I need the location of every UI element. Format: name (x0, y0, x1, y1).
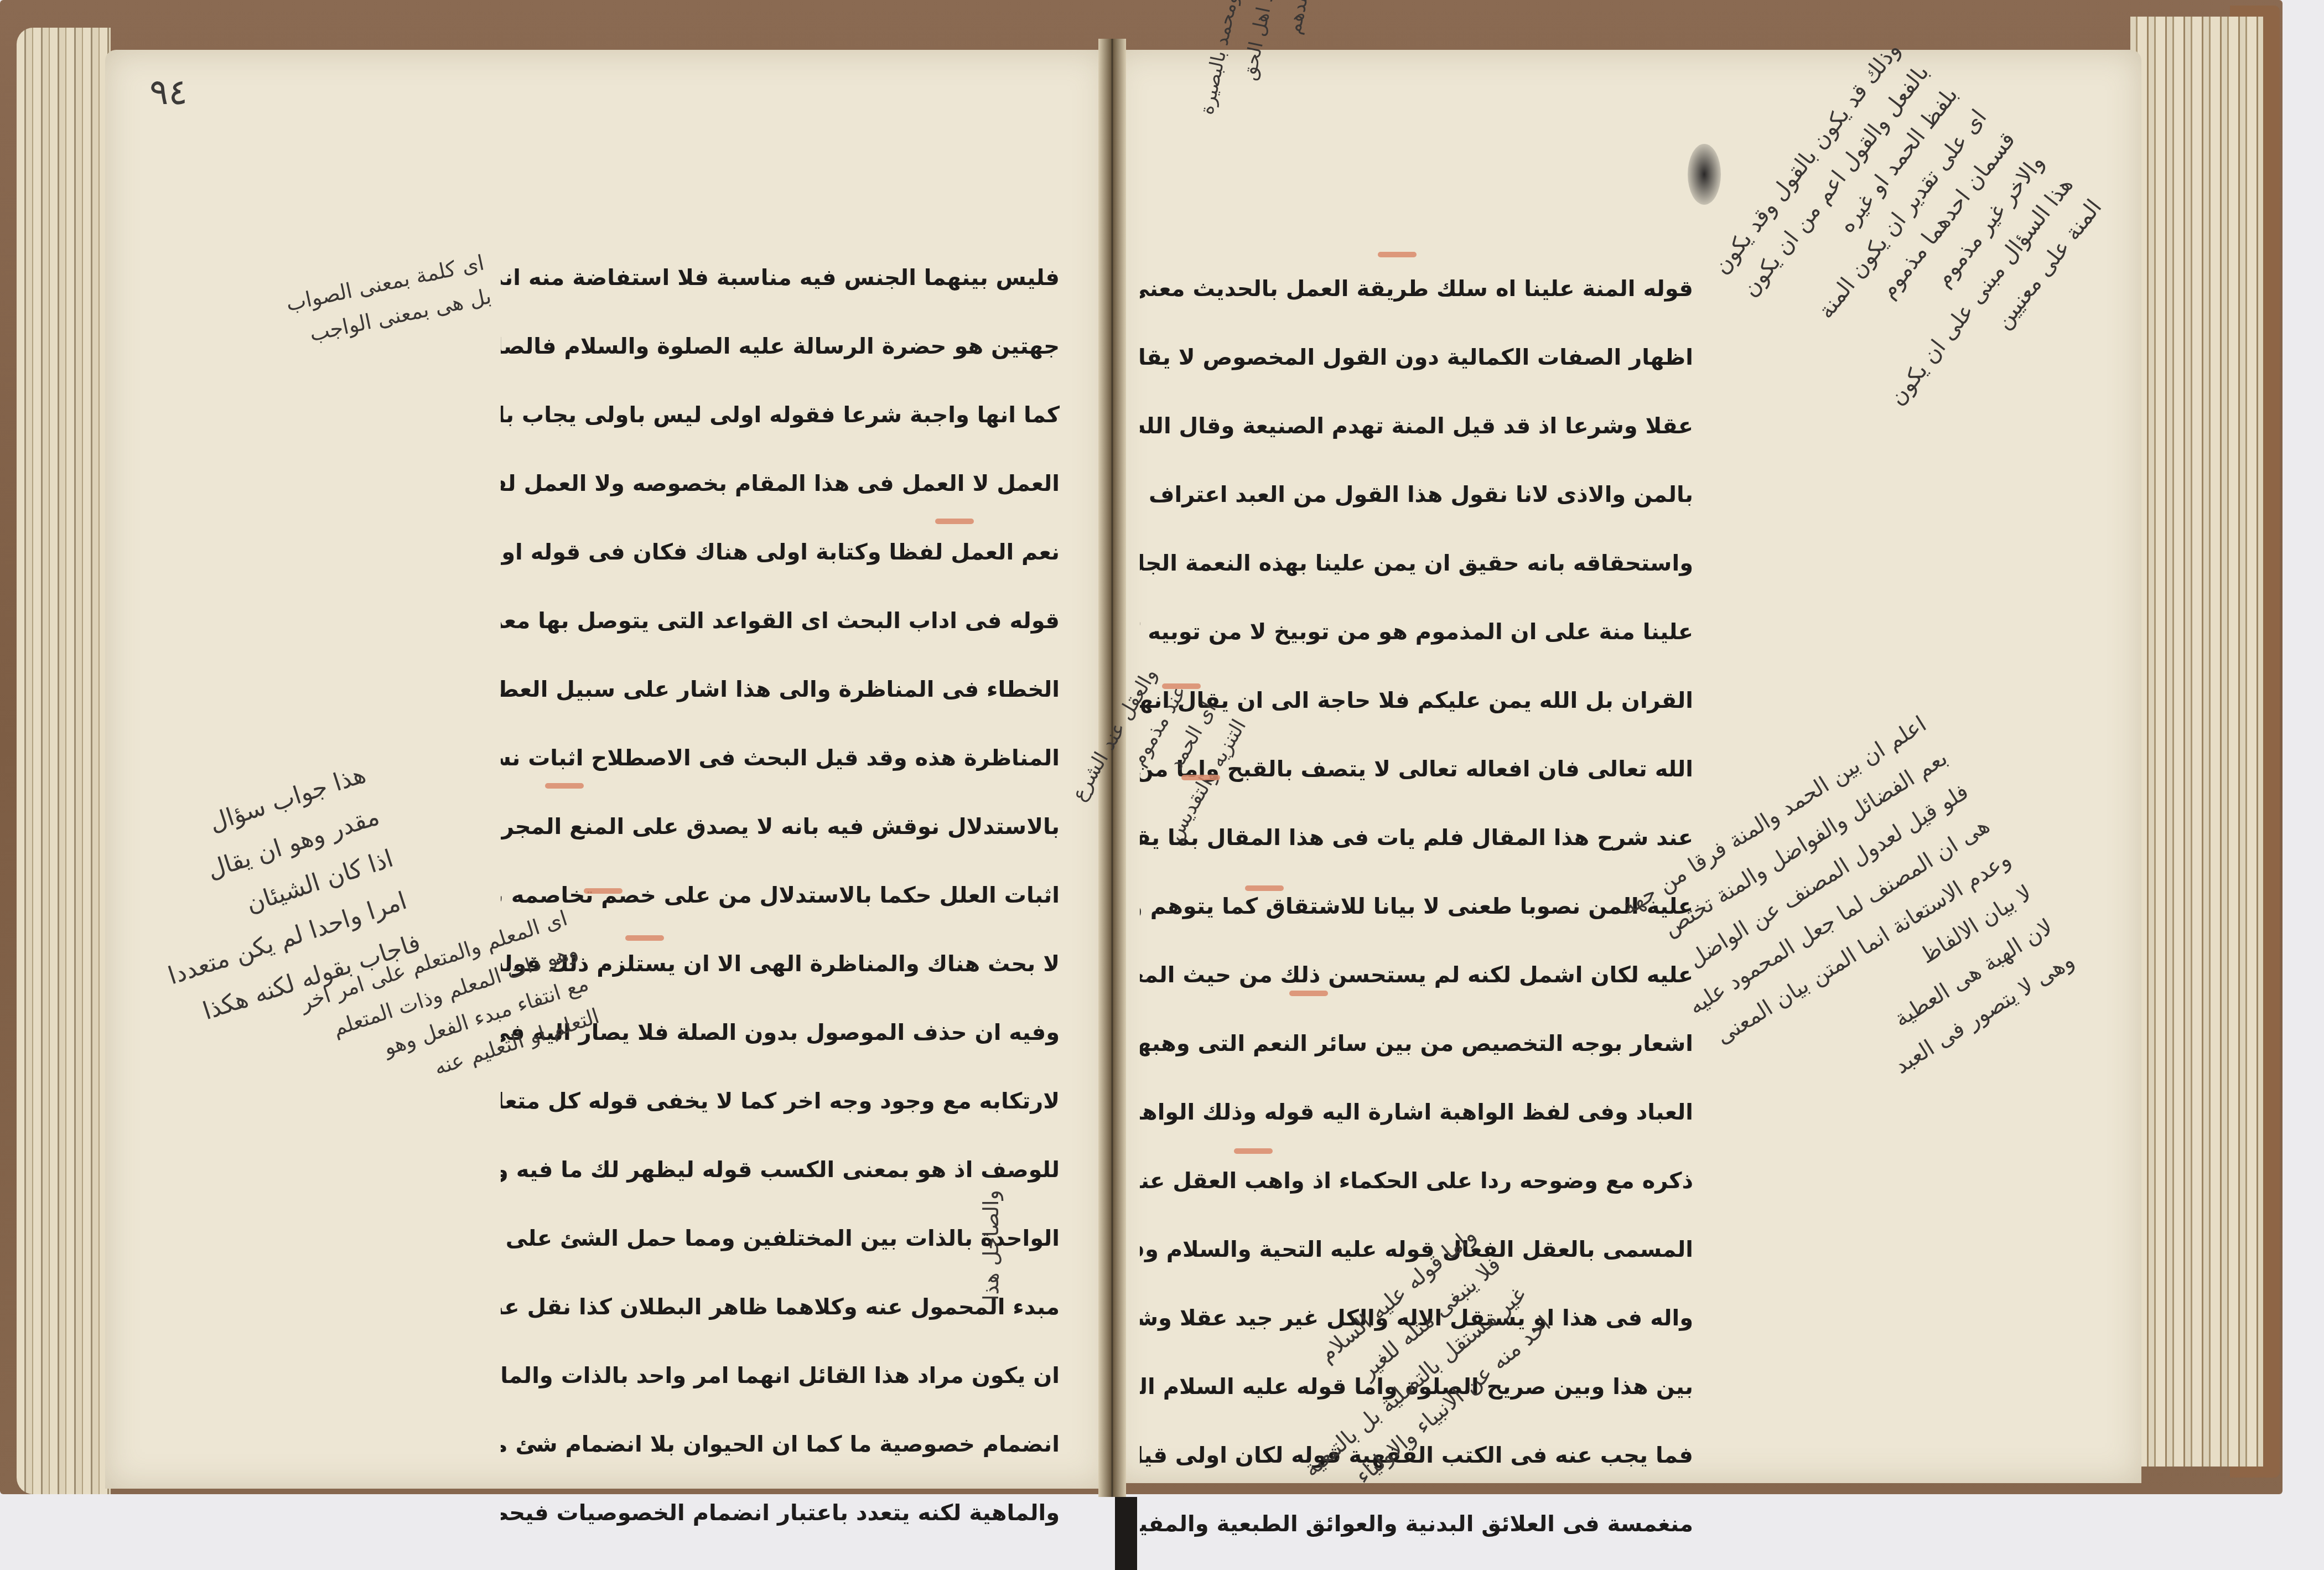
text-line: والماهية لكنه يتعدد باعتبار انضمام الخصو… (501, 1479, 1060, 1547)
folio-number: ٩٤ (149, 72, 188, 113)
text-line: بالمن والاذى لانا نقول هذا القول من العب… (1140, 460, 1693, 529)
text-line: ان يكون مراد هذا القائل انهما امر واحد ب… (501, 1341, 1060, 1410)
text-line: المناظرة هذه وقد قيل البحث فى الاصطلاح ا… (501, 724, 1060, 792)
ink-blot (1688, 144, 1721, 205)
rubric-mark (584, 888, 622, 894)
text-line: عند شرح هذا المقال فلم يات فى هذا المقال… (1140, 804, 1693, 872)
text-line: واستحقاقه بانه حقيق ان يمن علينا بهذه ال… (1140, 529, 1693, 598)
rubric-mark (1234, 1148, 1273, 1154)
rubric-mark (1162, 683, 1201, 689)
text-line: جهتين هو حضرة الرسالة عليه الصلوة والسلا… (501, 312, 1060, 381)
text-line: الخطاء فى المناظرة والى هذا اشار على سبي… (501, 655, 1060, 724)
text-line: قوله المنة علينا اه سلك طريقة العمل بالح… (1140, 255, 1693, 323)
text-line: كما انها واجبة شرعا فقوله اولى ليس باولى… (501, 381, 1060, 449)
text-line: عليه لكان اشمل لكنه لم يستحسن ذلك من حيث… (1140, 941, 1693, 1009)
text-line: انضمام خصوصية ما كما ان الحيوان بلا انضم… (501, 1410, 1060, 1479)
text-line: بالاستدلال نوقش فيه بانه لا يصدق على الم… (501, 792, 1060, 861)
text-line: ذكره مع وضوحه ردا على الحكماء اذ واهب ال… (1140, 1147, 1693, 1215)
rubric-mark (625, 935, 664, 941)
text-line: اشعار بوجه التخصيص من بين سائر النعم الت… (1140, 1009, 1693, 1078)
text-line: نعم العمل لفظا وكتابة اولى هناك فكان فى … (501, 518, 1060, 587)
text-line: علينا منة على ان المذموم هو من توبيخ لا … (1140, 598, 1693, 666)
rubric-mark (1289, 991, 1328, 996)
rubric-mark (1181, 775, 1220, 780)
rubric-mark (935, 519, 974, 524)
text-line: العمل لا العمل فى هذا المقام بخصوصه ولا … (501, 449, 1060, 518)
text-line: قوله فى اداب البحث اى القواعد التى يتوصل… (501, 587, 1060, 655)
marginal-gloss: والصاحل هذا (974, 1190, 1008, 1300)
text-line: عليه المن نصوبا طعنى لا بيانا للاشتقاق ك… (1140, 872, 1693, 941)
left-main-text: فليس بينهما الجنس فيه مناسبة فلا استفاضة… (501, 243, 1060, 1547)
text-line: العباد وفى لفظ الواهبة اشارة اليه قوله و… (1140, 1078, 1693, 1147)
text-line: فليس بينهما الجنس فيه مناسبة فلا استفاضة… (501, 243, 1060, 312)
rubric-mark (1245, 885, 1284, 891)
text-line: عقلا وشرعا اذ قد قيل المنة تهدم الصنيعة … (1140, 392, 1693, 460)
left-page-edges (17, 28, 111, 1494)
rubric-mark (1378, 252, 1417, 257)
text-line: اظهار الصفات الكمالية دون القول المخصوص … (1140, 323, 1693, 392)
right-page-edges (2130, 17, 2263, 1467)
text-line: منغمسة فى العلائق البدنية والعوائق الطبع… (1140, 1490, 1693, 1558)
text-line: لارتكابه مع وجود وجه اخر كما لا يخفى قول… (501, 1067, 1060, 1136)
rubric-mark (545, 783, 584, 789)
spine-shadow (1115, 1497, 1137, 1570)
text-line: اثبات العلل حكما بالاستدلال من على خصم ت… (501, 861, 1060, 930)
